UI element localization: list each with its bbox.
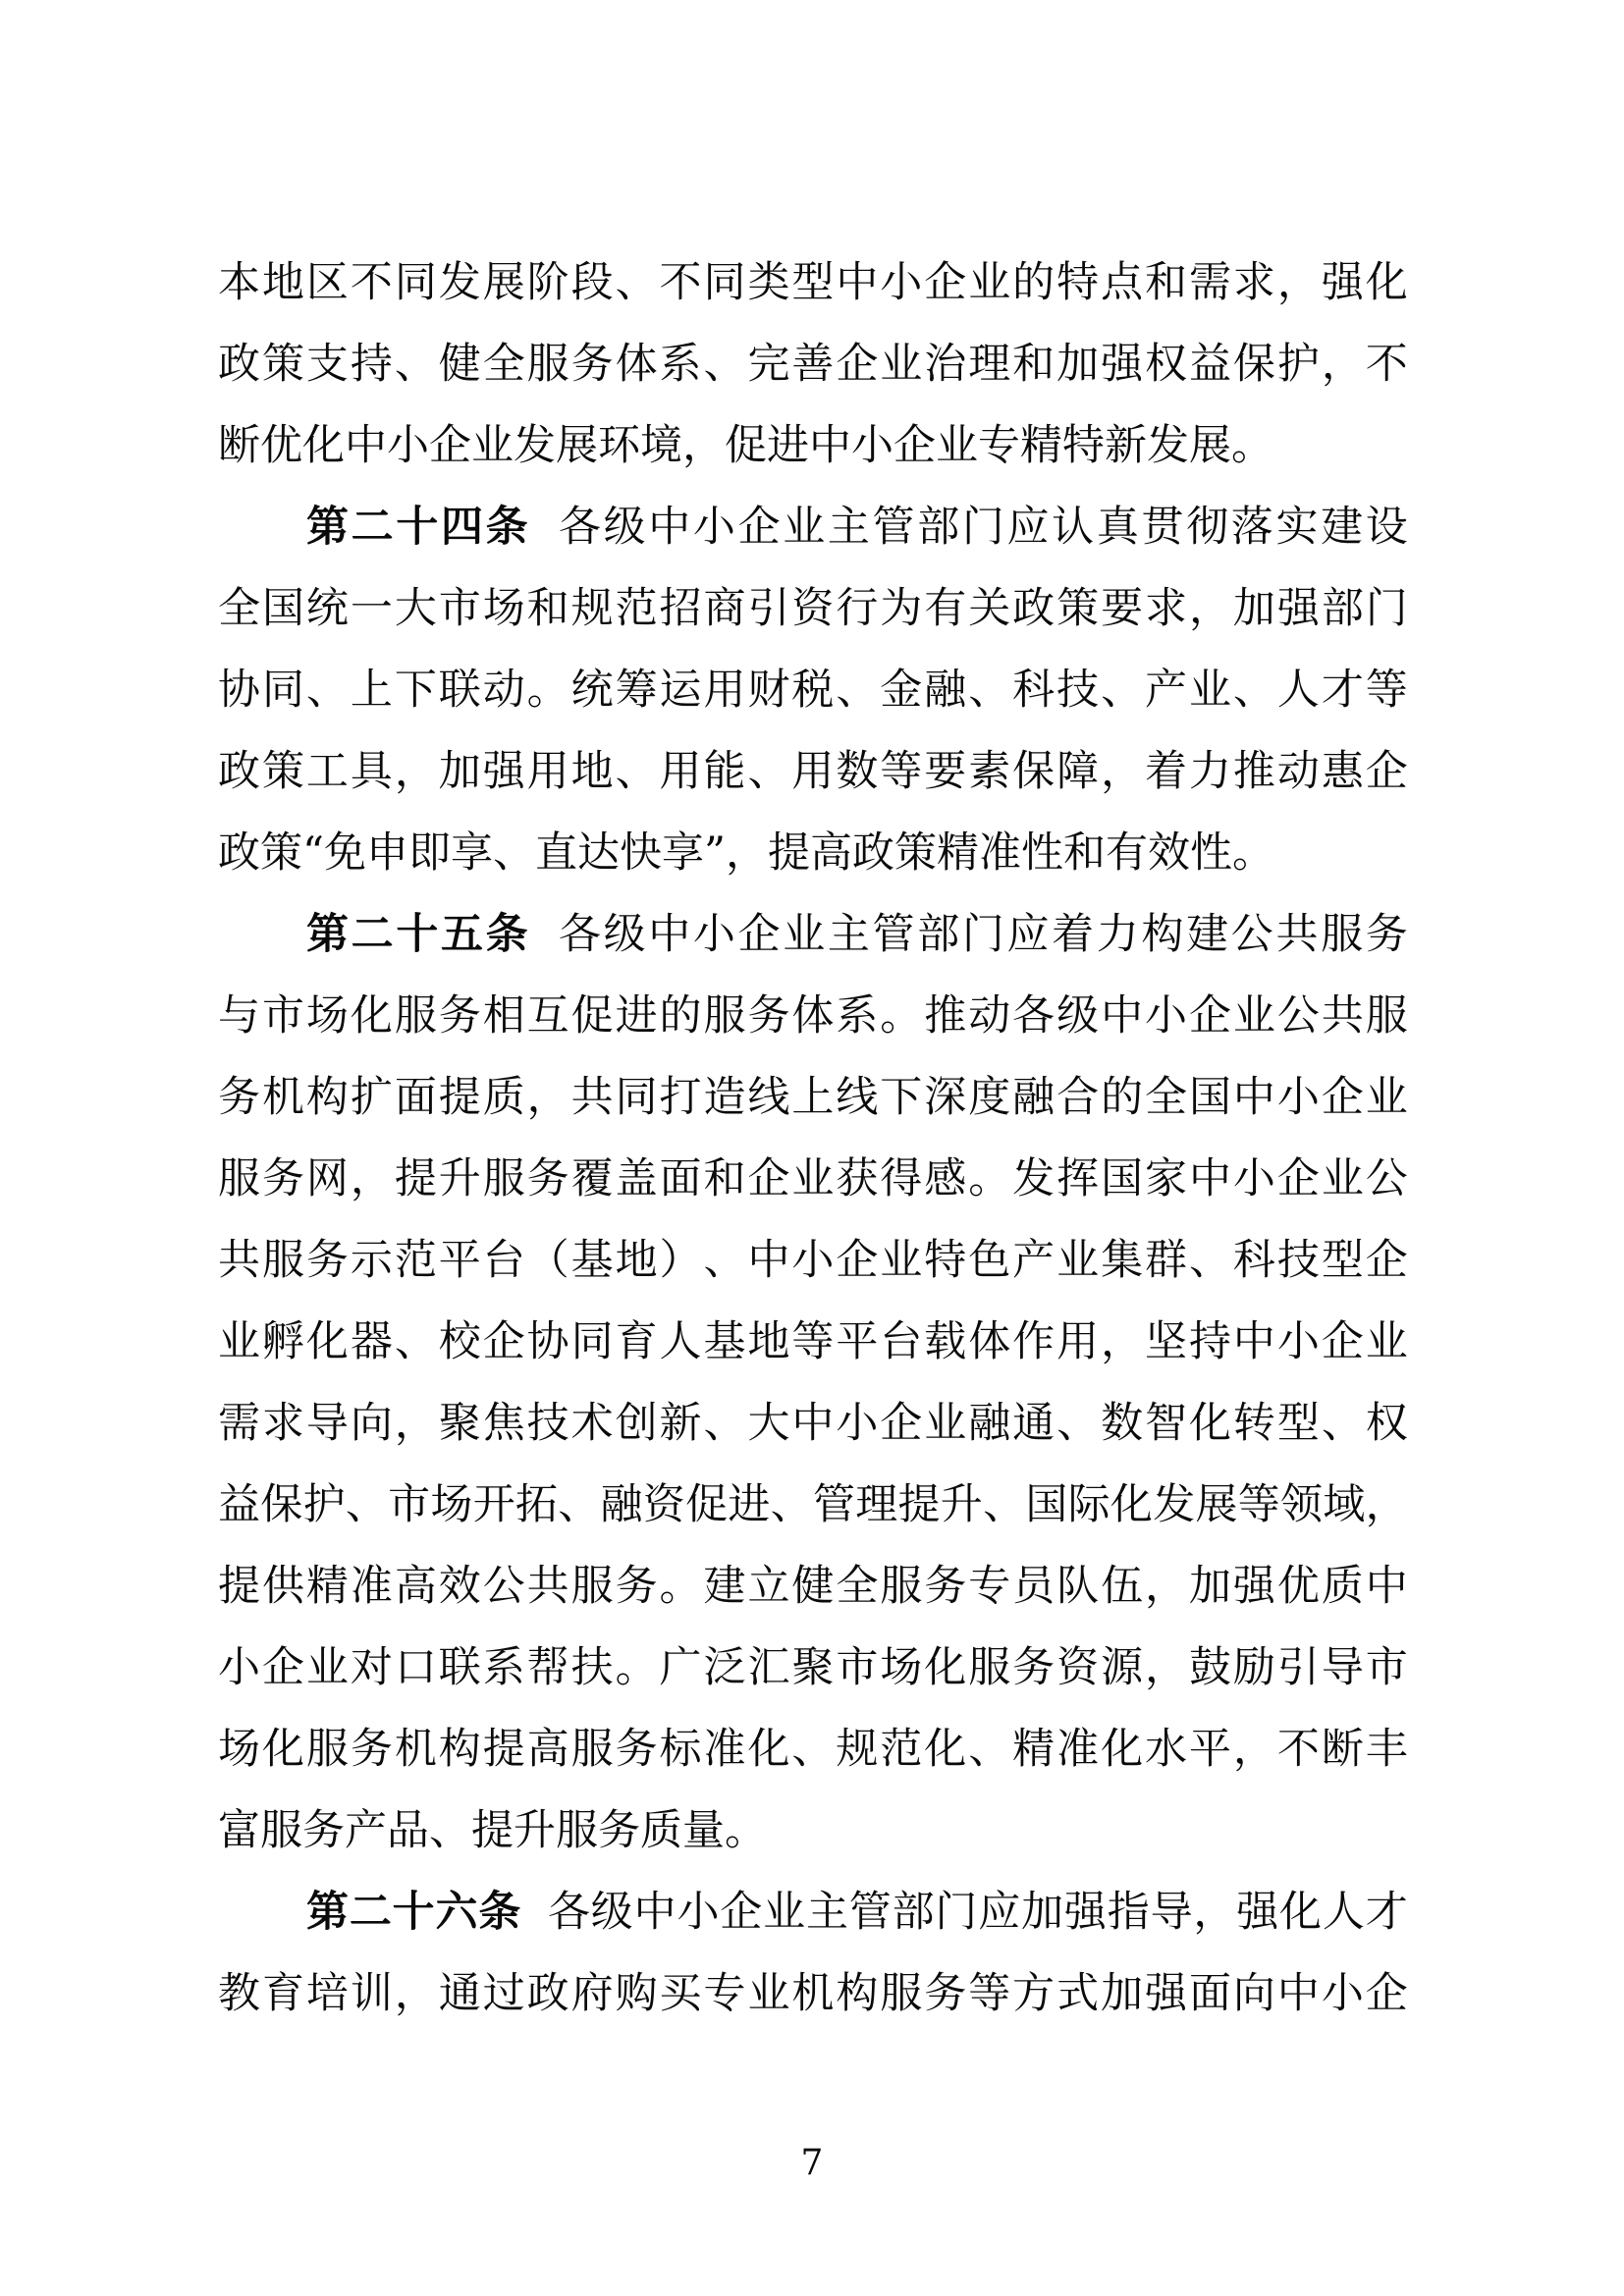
- text-line: 全国统一大市场和规范招商引资行为有关政策要求，加强部门: [218, 568, 1408, 650]
- text-char: 阶: [527, 242, 569, 324]
- text-char: 筹: [616, 650, 658, 731]
- text-char: 企: [1366, 1220, 1408, 1302]
- text-char: 企: [1366, 731, 1408, 813]
- text-char: 务: [1366, 894, 1408, 976]
- article-number-char: 第: [306, 487, 349, 568]
- text-char: 用: [527, 731, 569, 813]
- text-char: 策: [262, 324, 304, 405]
- text-char: 中: [634, 1872, 677, 1953]
- text-char: 、: [395, 324, 437, 405]
- text-char: 拓: [515, 1465, 558, 1546]
- text-char: 务: [306, 1220, 349, 1302]
- text-char: 应: [1007, 894, 1050, 976]
- text-char: 统: [306, 568, 349, 650]
- text-char: ，: [1193, 1872, 1235, 1953]
- text-char: 国: [1025, 1465, 1067, 1546]
- text-char: 、: [703, 1220, 745, 1302]
- article-number-char: 二: [352, 894, 394, 976]
- text-char: 新: [660, 1383, 702, 1465]
- text-char: ，: [1101, 1302, 1143, 1383]
- text-char: 、: [968, 1709, 1010, 1790]
- text-char: 设: [1366, 487, 1408, 568]
- text-char: 水: [1145, 1709, 1187, 1790]
- text-char: 需: [1189, 242, 1231, 324]
- text-char: 买: [660, 1953, 702, 2035]
- text-char: 用: [703, 650, 745, 731]
- text-char: 金: [880, 650, 922, 731]
- text-char: 地: [747, 1302, 789, 1383]
- text-char: 小: [1277, 1057, 1320, 1139]
- text-char: 资: [1056, 1628, 1099, 1709]
- text-char: 导: [1322, 1628, 1364, 1709]
- text-char: 机: [395, 1709, 437, 1790]
- text-char: 加: [1189, 1546, 1231, 1628]
- text-char: 。: [968, 1139, 1010, 1220]
- text-char: 网: [306, 1139, 349, 1220]
- article-number-gap: [521, 1872, 547, 1953]
- text-char: 小: [880, 242, 922, 324]
- text-char: 中: [747, 1220, 789, 1302]
- text-char: 企: [738, 894, 781, 976]
- article-number-char: 六: [435, 1872, 477, 1953]
- text-char: 化: [306, 1302, 349, 1383]
- text-char: 一: [351, 568, 393, 650]
- text-char: 公: [1231, 894, 1273, 976]
- article-number-char: 条: [486, 894, 528, 976]
- text-char: 扶: [571, 1628, 614, 1709]
- text-char: 业: [1233, 976, 1275, 1057]
- text-char: 协: [527, 1302, 569, 1383]
- text-char: 贯: [1141, 487, 1183, 568]
- text-char: 通: [1012, 1383, 1055, 1465]
- text-char: 用: [660, 731, 702, 813]
- text-char: 用: [791, 731, 834, 813]
- text-char: 提: [395, 1139, 437, 1220]
- text-char: 等: [1238, 1465, 1280, 1546]
- text-char: 国: [1101, 1139, 1143, 1220]
- text-char: 队: [1056, 1546, 1099, 1628]
- text-char: 全: [218, 568, 260, 650]
- text-char: 业: [306, 1628, 349, 1709]
- text-char: ）: [660, 1220, 702, 1302]
- text-char: 优: [1277, 1546, 1320, 1628]
- text-char: 化: [1110, 1465, 1153, 1546]
- text-char: 融: [601, 1465, 643, 1546]
- text-char: 。: [616, 1628, 658, 1709]
- text-char: 、: [558, 1465, 600, 1546]
- text-line: 与市场化服务相互促进的服务体系。推动各级中小企业公共服: [218, 976, 1408, 1057]
- text-char: 求: [1145, 568, 1187, 650]
- article-number-char: 二: [352, 487, 394, 568]
- text-char: 场: [306, 976, 349, 1057]
- text-char: 断: [1322, 1709, 1364, 1790]
- text-char: 载: [924, 1302, 966, 1383]
- text-char: 地: [616, 1220, 658, 1302]
- text-char: ，: [1145, 1546, 1187, 1628]
- text-char: 盖: [616, 1139, 658, 1220]
- text-char: 励: [1233, 1628, 1275, 1709]
- text-char: 务: [439, 976, 481, 1057]
- text-char: 帮: [527, 1628, 569, 1709]
- text-char: 型: [791, 242, 834, 324]
- text-char: 服: [527, 324, 569, 405]
- text-char: 口: [395, 1628, 437, 1709]
- text-char: 资: [791, 568, 834, 650]
- text-char: 、: [791, 1709, 834, 1790]
- text-char: 线: [836, 1057, 878, 1139]
- text-char: 数: [1101, 1383, 1143, 1465]
- text-char: 校: [439, 1302, 481, 1383]
- text-char: 、: [771, 1465, 813, 1546]
- text-char: 务: [262, 1139, 304, 1220]
- text-char: 创: [616, 1383, 658, 1465]
- text-char: 业: [968, 242, 1010, 324]
- text-char: 主: [828, 894, 870, 976]
- text-char: 级: [591, 1872, 633, 1953]
- text-char: 同: [571, 1302, 614, 1383]
- text-char: 服: [262, 1220, 304, 1302]
- text-char: 务: [1012, 1628, 1055, 1709]
- text-char: 上: [791, 1057, 834, 1139]
- text-line: 本地区不同发展阶段、不同类型中小企业的特点和需求，强化: [218, 242, 1408, 324]
- text-char: 主: [828, 487, 870, 568]
- article-number-char: 二: [350, 1872, 392, 1953]
- text-char: 培: [306, 1953, 349, 2035]
- text-char: 强: [1145, 1953, 1187, 2035]
- text-char: 面: [660, 1139, 702, 1220]
- text-char: 展: [1195, 1465, 1237, 1546]
- text-char: 关: [968, 568, 1010, 650]
- text-char: 升: [941, 1465, 983, 1546]
- text-char: 质: [483, 1057, 525, 1139]
- text-char: 强: [1064, 1872, 1107, 1953]
- text-char: 合: [1056, 1057, 1099, 1139]
- text-char: 导: [306, 1383, 349, 1465]
- text-char: 共: [1322, 976, 1364, 1057]
- text-char: 促: [571, 976, 614, 1057]
- text-char: 专: [703, 1953, 745, 2035]
- text-char: 企: [924, 242, 966, 324]
- text-char: 企: [1322, 1057, 1364, 1139]
- text-char: 共: [527, 1546, 569, 1628]
- text-char: 不: [1277, 1709, 1320, 1790]
- text-char: 护: [1277, 324, 1320, 405]
- text-char: 才: [1366, 1872, 1408, 1953]
- text-char: 互: [527, 976, 569, 1057]
- text-char: 企: [1366, 1953, 1408, 2035]
- text-char: 效: [439, 1546, 481, 1628]
- text-char: 型: [1277, 1383, 1320, 1465]
- text-char: 务: [616, 1546, 658, 1628]
- text-char: 公: [483, 1546, 525, 1628]
- text-char: 部: [917, 487, 959, 568]
- text-char: 立: [747, 1546, 789, 1628]
- text-char: 各: [559, 487, 601, 568]
- text-char: 管: [873, 487, 915, 568]
- text-char: 焦: [483, 1383, 525, 1465]
- text-char: 精: [306, 1546, 349, 1628]
- text-char: 育: [616, 1302, 658, 1383]
- text-char: 化: [1189, 1383, 1231, 1465]
- text-char: 企: [836, 324, 878, 405]
- text-char: ，: [1366, 1465, 1408, 1546]
- text-char: 范: [395, 1220, 437, 1302]
- text-char: 点: [1101, 242, 1143, 324]
- text-char: 、: [983, 1465, 1025, 1546]
- text-char: 进: [728, 1465, 770, 1546]
- article-number-gap: [530, 894, 556, 976]
- text-char: 、: [1101, 650, 1143, 731]
- text-char: 开: [473, 1465, 515, 1546]
- article-number-char: 四: [441, 487, 483, 568]
- text-char: ，: [351, 1139, 393, 1220]
- text-char: 着: [1145, 731, 1187, 813]
- text-char: 有: [924, 568, 966, 650]
- article-number-char: 第: [306, 894, 349, 976]
- text-char: 服: [880, 1546, 922, 1628]
- text-char: 健: [791, 1546, 834, 1628]
- text-char: 科: [1233, 1220, 1275, 1302]
- text-char: 中: [1189, 1139, 1231, 1220]
- text-char: 广: [660, 1628, 702, 1709]
- text-char: 示: [351, 1220, 393, 1302]
- text-char: 业: [783, 487, 825, 568]
- text-char: 小: [218, 1628, 260, 1709]
- text-char: 体: [616, 324, 658, 405]
- text-char: 规: [571, 568, 614, 650]
- text-char: 企: [836, 1220, 878, 1302]
- text-char: 动: [968, 976, 1010, 1057]
- text-char: 过: [483, 1953, 525, 2035]
- article-number-char: 十: [396, 894, 438, 976]
- text-char: 孵: [262, 1302, 304, 1383]
- text-char: 力: [1097, 894, 1139, 976]
- text-char: 坚: [1145, 1302, 1187, 1383]
- text-char: 协: [218, 650, 260, 731]
- text-char: 动: [1277, 731, 1320, 813]
- text-char: 作: [1012, 1302, 1055, 1383]
- text-char: 技: [1277, 1220, 1320, 1302]
- text-char: 建: [703, 1546, 745, 1628]
- text-char: 体: [968, 1302, 1010, 1383]
- text-char: 才: [1322, 650, 1364, 731]
- article-number-char: 条: [486, 487, 528, 568]
- text-char: 小: [791, 1220, 834, 1302]
- text-char: 人: [660, 1302, 702, 1383]
- text-char: 服: [968, 1628, 1010, 1709]
- text-char: 强: [1277, 568, 1320, 650]
- text-char: 政: [527, 1953, 569, 2035]
- text-line: 业孵化器、校企协同育人基地等平台载体作用，坚持中小企业: [218, 1302, 1408, 1383]
- text-char: 务: [218, 1057, 260, 1139]
- text-line: 政策“免申即享、直达快享”，提高政策精准性和有效性。: [218, 813, 1408, 894]
- text-char: 市: [439, 568, 481, 650]
- text-char: 集: [1101, 1220, 1143, 1302]
- text-char: 策: [1056, 568, 1099, 650]
- text-char: 管: [849, 1872, 892, 1953]
- text-char: 型: [1322, 1220, 1364, 1302]
- text-char: 精: [1012, 1709, 1055, 1790]
- text-char: 中: [648, 894, 690, 976]
- article-number-gap: [530, 487, 556, 568]
- text-char: 发: [1012, 1139, 1055, 1220]
- text-char: 能: [703, 731, 745, 813]
- text-char: 构: [306, 1057, 349, 1139]
- text-line: 政策支持、健全服务体系、完善企业治理和加强权益保护，不: [218, 324, 1408, 405]
- text-char: 。: [527, 650, 569, 731]
- text-char: 融: [968, 1383, 1010, 1465]
- text-char: 等: [1366, 650, 1408, 731]
- text-char: 企: [262, 1628, 304, 1709]
- text-char: 行: [836, 568, 878, 650]
- text-line: 小企业对口联系帮扶。广泛汇聚市场化服务资源，鼓励引导市: [218, 1628, 1408, 1709]
- text-char: 理: [968, 324, 1010, 405]
- text-char: 应: [1007, 487, 1050, 568]
- text-char: ，: [1233, 1709, 1275, 1790]
- text-char: 业: [924, 1383, 966, 1465]
- text-char: 机: [791, 1953, 834, 2035]
- text-char: 全: [836, 1546, 878, 1628]
- text-char: 、: [1233, 650, 1275, 731]
- text-char: 务: [616, 1709, 658, 1790]
- text-char: 中: [1101, 976, 1143, 1057]
- text-char: 升: [439, 1139, 481, 1220]
- text-char: 、: [703, 324, 745, 405]
- article-number-char: 条: [478, 1872, 520, 1953]
- text-char: 企: [1277, 1139, 1320, 1220]
- text-char: 部: [893, 1872, 935, 1953]
- text-char: 要: [924, 731, 966, 813]
- text-char: 等: [968, 1953, 1010, 2035]
- text-char: 彻: [1186, 487, 1228, 568]
- text-char: 部: [917, 894, 959, 976]
- text-char: 理: [855, 1465, 897, 1546]
- text-char: 、: [1056, 1383, 1099, 1465]
- text-char: 丰: [1366, 1709, 1408, 1790]
- text-char: 鼓: [1189, 1628, 1231, 1709]
- text-char: 务: [747, 976, 789, 1057]
- text-char: 不: [660, 242, 702, 324]
- text-char: 商: [703, 568, 745, 650]
- text-char: 财: [747, 650, 789, 731]
- text-char: 策: [262, 731, 304, 813]
- text-line: 提供精准高效公共服务。建立健全服务专员队伍，加强优质中: [218, 1546, 1408, 1628]
- text-char: 市: [262, 976, 304, 1057]
- text-char: 企: [483, 1302, 525, 1383]
- text-char: 求: [1233, 242, 1275, 324]
- text-char: 支: [306, 324, 349, 405]
- text-char: 联: [439, 650, 481, 731]
- text-char: 化: [924, 1628, 966, 1709]
- text-char: 构: [836, 1953, 878, 2035]
- text-char: 招: [660, 568, 702, 650]
- text-char: 高: [527, 1709, 569, 1790]
- text-char: 务: [571, 324, 614, 405]
- text-char: 惠: [1322, 731, 1364, 813]
- text-line-article-start: 第二十五条各级中小企业主管部门应着力构建公共服务: [218, 894, 1408, 976]
- text-char: 业: [1366, 1302, 1408, 1383]
- text-char: 提: [898, 1465, 941, 1546]
- text-char: 管: [813, 1465, 855, 1546]
- text-char: 部: [1322, 568, 1364, 650]
- text-char: 色: [968, 1220, 1010, 1302]
- text-char: 加: [1101, 1953, 1143, 2035]
- text-char: 群: [1145, 1220, 1187, 1302]
- text-char: 权: [1145, 324, 1187, 405]
- text-char: 范: [616, 568, 658, 650]
- text-char: 服: [571, 1546, 614, 1628]
- text-char: ，: [1145, 1628, 1187, 1709]
- text-line: 政策工具，加强用地、用能、用数等要素保障，着力推动惠企: [218, 731, 1408, 813]
- text-char: 相: [483, 976, 525, 1057]
- text-char: 业: [783, 894, 825, 976]
- text-char: 业: [1189, 650, 1231, 731]
- text-char: 家: [1145, 1139, 1187, 1220]
- text-char: ，: [395, 1383, 437, 1465]
- text-line-article-start: 第二十四条各级中小企业主管部门应认真贯彻落实建设: [218, 487, 1408, 568]
- text-char: 强: [1101, 324, 1143, 405]
- document-page: 本地区不同发展阶段、不同类型中小企业的特点和需求，强化政策支持、健全服务体系、完…: [0, 0, 1624, 2296]
- text-char: 领: [1280, 1465, 1323, 1546]
- text-char: 伍: [1101, 1546, 1143, 1628]
- text-char: 全: [1145, 1057, 1187, 1139]
- text-char: 平: [836, 1302, 878, 1383]
- text-char: 务: [527, 1139, 569, 1220]
- text-char: 提: [218, 1546, 260, 1628]
- text-char: 企: [738, 487, 781, 568]
- text-char: 聚: [439, 1383, 481, 1465]
- text-char: 政: [218, 324, 260, 405]
- text-char: 提: [439, 1057, 481, 1139]
- text-char: 益: [1189, 324, 1231, 405]
- text-char: 聚: [791, 1628, 834, 1709]
- text-char: 和: [703, 1139, 745, 1220]
- text-char: 获: [836, 1139, 878, 1220]
- text-char: 泛: [703, 1628, 745, 1709]
- text-char: 国: [1189, 1057, 1231, 1139]
- text-char: 小: [1233, 1139, 1275, 1220]
- text-char: 门: [935, 1872, 977, 1953]
- text-char: 专: [968, 1546, 1010, 1628]
- text-char: 保: [1233, 324, 1275, 405]
- text-char: 业: [1056, 1220, 1099, 1302]
- text-char: 际: [1068, 1465, 1110, 1546]
- text-char: 中: [1366, 1546, 1408, 1628]
- text-char: ，: [395, 1953, 437, 2035]
- text-line: 富服务产品、提升服务质量。: [218, 1790, 1408, 1872]
- text-char: 企: [880, 1383, 922, 1465]
- text-char: 同: [395, 242, 437, 324]
- text-char: 得: [880, 1139, 922, 1220]
- text-char: 科: [1012, 650, 1055, 731]
- text-char: 门: [962, 894, 1004, 976]
- text-char: 器: [351, 1302, 393, 1383]
- text-char: 、: [395, 1302, 437, 1383]
- text-char: 推: [1233, 731, 1275, 813]
- text-char: 通: [439, 1953, 481, 2035]
- text-char: 小: [1322, 1953, 1364, 2035]
- text-char: 汇: [747, 1628, 789, 1709]
- text-char: 本: [218, 242, 260, 324]
- text-char: 台: [880, 1302, 922, 1383]
- text-char: 各: [1012, 976, 1055, 1057]
- text-char: 深: [924, 1057, 966, 1139]
- text-char: 力: [1189, 731, 1231, 813]
- text-char: 工: [306, 731, 349, 813]
- text-char: 的: [1012, 242, 1055, 324]
- text-char: 上: [351, 650, 393, 731]
- text-char: 建: [1321, 487, 1363, 568]
